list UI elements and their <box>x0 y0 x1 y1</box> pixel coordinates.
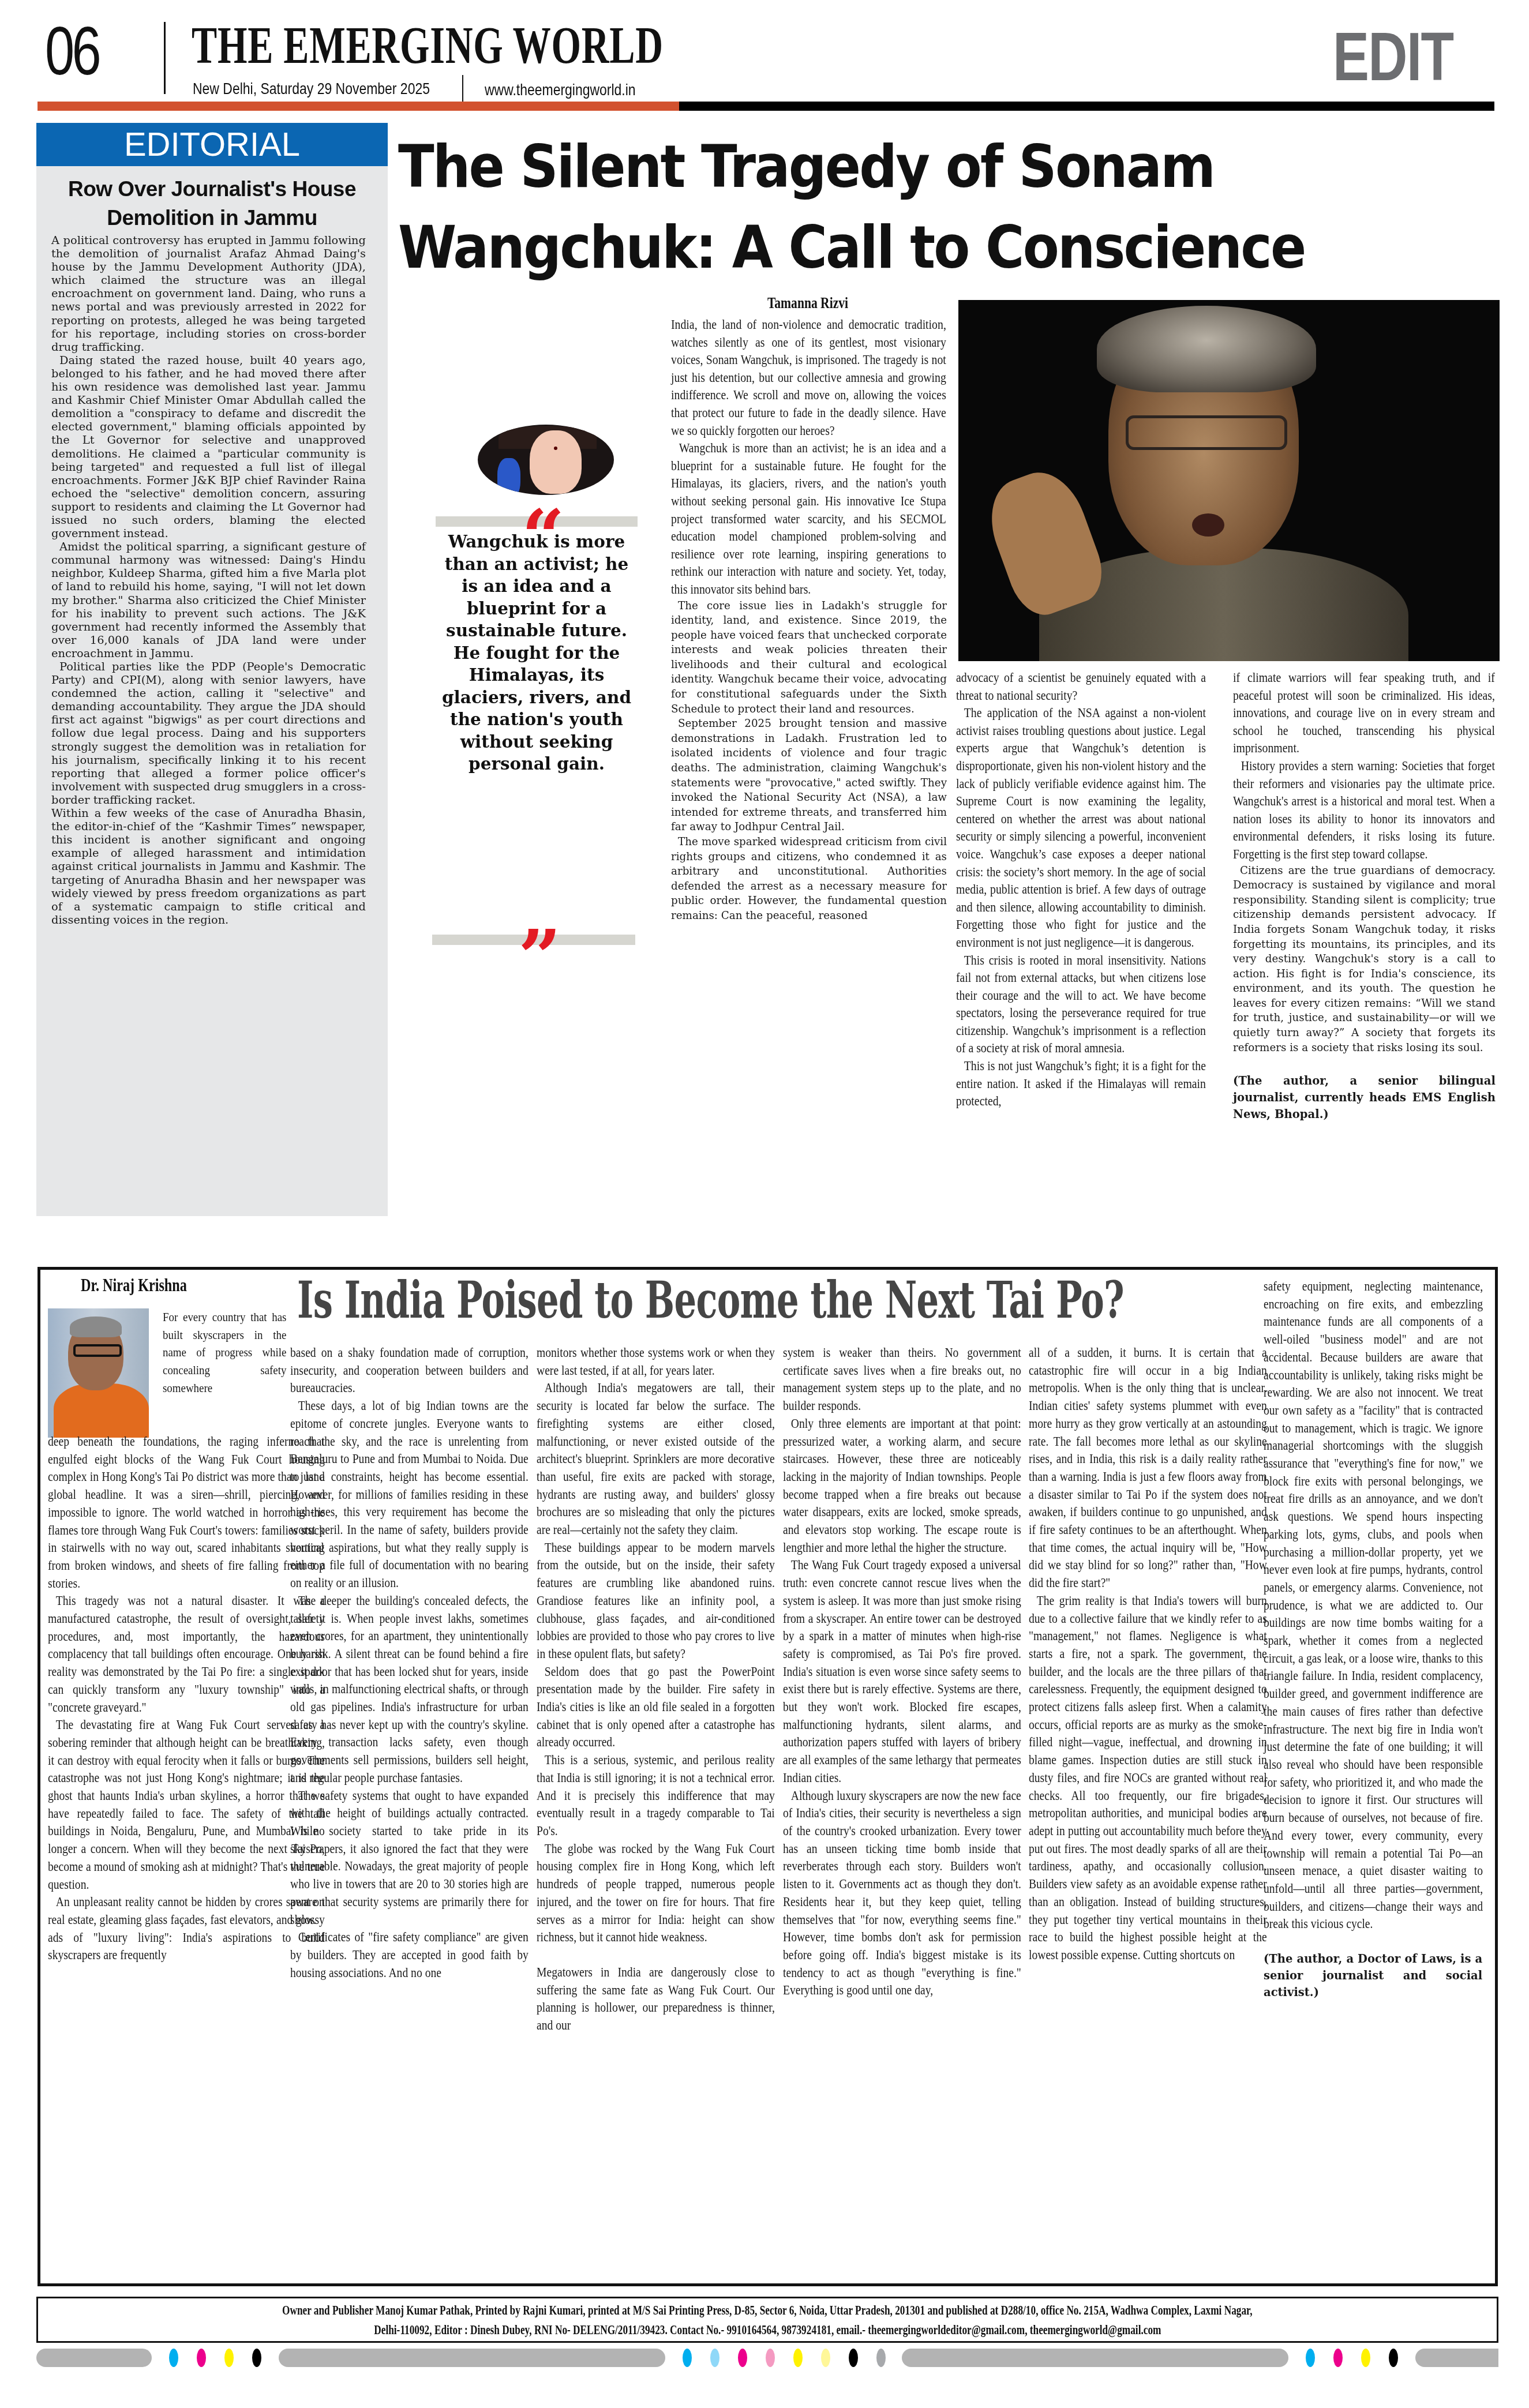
article-paragraph: India, the land of non-violence and demo… <box>671 316 946 440</box>
yellow-dot-icon <box>224 2349 234 2367</box>
wangchuk-column-1: India, the land of non-violence and demo… <box>671 316 947 924</box>
article-paragraph: These days, a lot of big Indian towns ar… <box>290 1397 529 1592</box>
article-paragraph: Wangchuk is more than an activist; he is… <box>671 440 946 598</box>
headline-line-1: The Silent Tragedy of Sonam <box>398 133 1214 201</box>
editorial-paragraph: Amidst the political sparring, a signifi… <box>51 540 366 660</box>
editorial-label: EDITORIAL <box>36 123 388 166</box>
black-dot-icon <box>1389 2349 1398 2367</box>
article-paragraph: if climate warriors will fear speaking t… <box>1233 669 1495 757</box>
header-rule-orange <box>38 102 679 111</box>
magenta-dot-icon <box>1333 2349 1343 2367</box>
photo-glasses <box>1126 415 1287 450</box>
print-imprint: Owner and Publisher Manoj Kumar Pathak, … <box>36 2297 1498 2343</box>
article-paragraph: The grim reality is that India's towers … <box>1029 1592 1267 1964</box>
article-paragraph: The core issue lies in Ladakh's struggle… <box>671 599 947 717</box>
editorial-body: A political controversy has erupted in J… <box>51 234 366 927</box>
taipo-column-4: system is weaker than theirs. No governm… <box>783 1344 1021 2000</box>
article-paragraph: September 2025 brought tension and massi… <box>671 717 947 835</box>
editorial-paragraph: Political parties like the PDP (People's… <box>51 660 366 807</box>
article-paragraph: This crisis is rooted in moral insensiti… <box>956 952 1206 1058</box>
article-paragraph: Although India's megatowers are tall, th… <box>537 1379 775 1539</box>
photo-hair <box>1097 306 1316 392</box>
headline-line-2: Wangchuk: A Call to Conscience <box>398 213 1305 282</box>
imprint-line-1: Owner and Publisher Manoj Kumar Pathak, … <box>282 2301 1253 2320</box>
article-paragraph: The globe was rocked by the Wang Fuk Cou… <box>537 1840 775 1946</box>
taipo-column-6: safety equipment, neglecting maintenance… <box>1264 1278 1483 2001</box>
newspaper-title: THE EMERGING WORLD <box>192 18 664 72</box>
magenta-dot-icon <box>197 2349 206 2367</box>
photo-hair <box>70 1316 122 1337</box>
editorial-title: Row Over Journalist's House Demolition i… <box>48 175 376 232</box>
article-paragraph: The safety systems that ought to have ex… <box>290 1787 529 1929</box>
article-paragraph: Only three elements are important at tha… <box>783 1415 1021 1557</box>
registration-marks <box>36 2349 1498 2367</box>
byline-niraj-krishna: Dr. Niraj Krishna <box>81 1275 187 1296</box>
date-line: New Delhi, Saturday 29 November 2025 <box>193 80 430 98</box>
article-paragraph: History provides a stern warning: Societ… <box>1233 757 1495 864</box>
pull-quote: Wangchuk is more than an activist; he is… <box>434 531 639 775</box>
taipo-column-5: all of a sudden, it burns. It is certain… <box>1029 1344 1267 1964</box>
article-paragraph: For every country that has built skyscra… <box>163 1308 286 1397</box>
taipo-column-1: deep beneath the foundations, the raging… <box>48 1433 325 1964</box>
article-paragraph: This tragedy was not a natural disaster.… <box>48 1592 325 1716</box>
yellow-dot-icon <box>793 2349 803 2367</box>
page-number: 06 <box>45 17 99 85</box>
article-paragraph: The application of the NSA against a non… <box>956 704 1206 951</box>
date-divider <box>462 75 463 102</box>
article-headline-taipo: Is India Poised to Become the Next Tai P… <box>297 1272 1124 1328</box>
article-paragraph: monitors whether those systems work or w… <box>537 1344 775 1379</box>
wangchuk-column-3: if climate warriors will fear speaking t… <box>1233 669 1496 1123</box>
article-paragraph: Megatowers in India are dangerously clos… <box>537 1964 775 2035</box>
taipo-column-3: monitors whether those systems work or w… <box>537 1344 775 2035</box>
photo-face <box>530 430 582 494</box>
registration-bar <box>279 2349 665 2367</box>
registration-bar <box>36 2349 152 2367</box>
photo-background-blue <box>497 458 520 495</box>
photo-glasses <box>73 1344 122 1357</box>
photo-mouth <box>1192 513 1224 537</box>
photo-sonam-wangchuk <box>958 300 1500 661</box>
article-paragraph: Citizens are the true guardians of democ… <box>1233 864 1496 1056</box>
article-paragraph: This is a serious, systemic, and perilou… <box>537 1751 775 1840</box>
editorial-paragraph: Within a few weeks of the case of Anurad… <box>51 807 366 927</box>
yellow-dot-icon <box>1361 2349 1370 2367</box>
editorial-paragraph: A political controversy has erupted in J… <box>51 234 366 354</box>
article-paragraph: safety equipment, neglecting maintenance… <box>1264 1278 1483 1933</box>
black-dot-icon <box>252 2349 261 2367</box>
wangchuk-column-2: advocacy of a scientist be genuinely equ… <box>956 669 1206 1111</box>
cyan-dot-icon <box>169 2349 178 2367</box>
article-paragraph: The deeper the building's concealed defe… <box>290 1592 529 1787</box>
header-rule-black <box>679 102 1494 111</box>
taipo-column-2: based on a shaky foundation made of corr… <box>290 1344 529 1982</box>
article-paragraph: An unpleasant reality cannot be hidden b… <box>48 1893 325 1964</box>
section-label: EDIT <box>1333 23 1453 91</box>
article-paragraph: Certificates of "fire safety compliance"… <box>290 1929 529 1982</box>
light-yellow-dot-icon <box>821 2349 830 2367</box>
byline-tamanna-rizvi: Tamanna Rizvi <box>697 294 919 312</box>
article-paragraph: Seldom does that go past the PowerPoint … <box>537 1663 775 1752</box>
author-note-taipo: (The author, a Doctor of Laws, is a seni… <box>1264 1951 1482 2001</box>
registration-bar <box>1415 2349 1498 2367</box>
editorial-panel: EDITORIAL Row Over Journalist's House De… <box>36 123 388 1216</box>
author-note-wangchuk: (The author, a senior bilingual journali… <box>1233 1072 1496 1123</box>
cyan-dot-icon <box>1306 2349 1315 2367</box>
photo-robe <box>54 1383 149 1438</box>
article-paragraph: deep beneath the foundations, the raging… <box>48 1433 325 1592</box>
article-headline-wangchuk: The Silent Tragedy of Sonam Wangchuk: A … <box>398 127 1390 288</box>
author-photo-niraj-krishna <box>48 1308 149 1438</box>
article-paragraph: The move sparked widespread criticism fr… <box>671 835 947 924</box>
article-paragraph: advocacy of a scientist be genuinely equ… <box>956 669 1206 704</box>
article-paragraph: system is weaker than theirs. No governm… <box>783 1344 1021 1415</box>
cyan-dot-icon <box>683 2349 692 2367</box>
masthead-divider <box>164 22 166 94</box>
article-paragraph: based on a shaky foundation made of corr… <box>290 1344 529 1397</box>
article-paragraph: These buildings appear to be modern marv… <box>537 1539 775 1663</box>
article-paragraph: all of a sudden, it burns. It is certain… <box>1029 1344 1267 1592</box>
article-paragraph: The devastating fire at Wang Fuk Court s… <box>48 1716 325 1893</box>
article-paragraph: Although luxury skyscrapers are now the … <box>783 1787 1021 2000</box>
light-cyan-dot-icon <box>710 2349 719 2367</box>
article-paragraph: The Wang Fuk Court tragedy exposed a uni… <box>783 1556 1021 1787</box>
editorial-paragraph: Daing stated the razed house, built 40 y… <box>51 354 366 540</box>
website-link[interactable]: www.theemergingworld.in <box>485 81 636 99</box>
imprint-line-2: Delhi-110092, Editor : Dinesh Dubey, RNI… <box>374 2320 1161 2340</box>
article-paragraph: This is not just Wangchuk’s fight; it is… <box>956 1057 1206 1111</box>
registration-bar <box>902 2349 1288 2367</box>
photo-bindi <box>554 447 557 450</box>
author-photo-tamanna-rizvi <box>478 425 614 495</box>
grey-dot-icon <box>876 2349 886 2367</box>
magenta-dot-icon <box>738 2349 747 2367</box>
black-dot-icon <box>849 2349 858 2367</box>
light-magenta-dot-icon <box>766 2349 775 2367</box>
close-quote-icon: ” <box>518 920 561 995</box>
taipo-intro: For every country that has built skyscra… <box>163 1308 287 1397</box>
